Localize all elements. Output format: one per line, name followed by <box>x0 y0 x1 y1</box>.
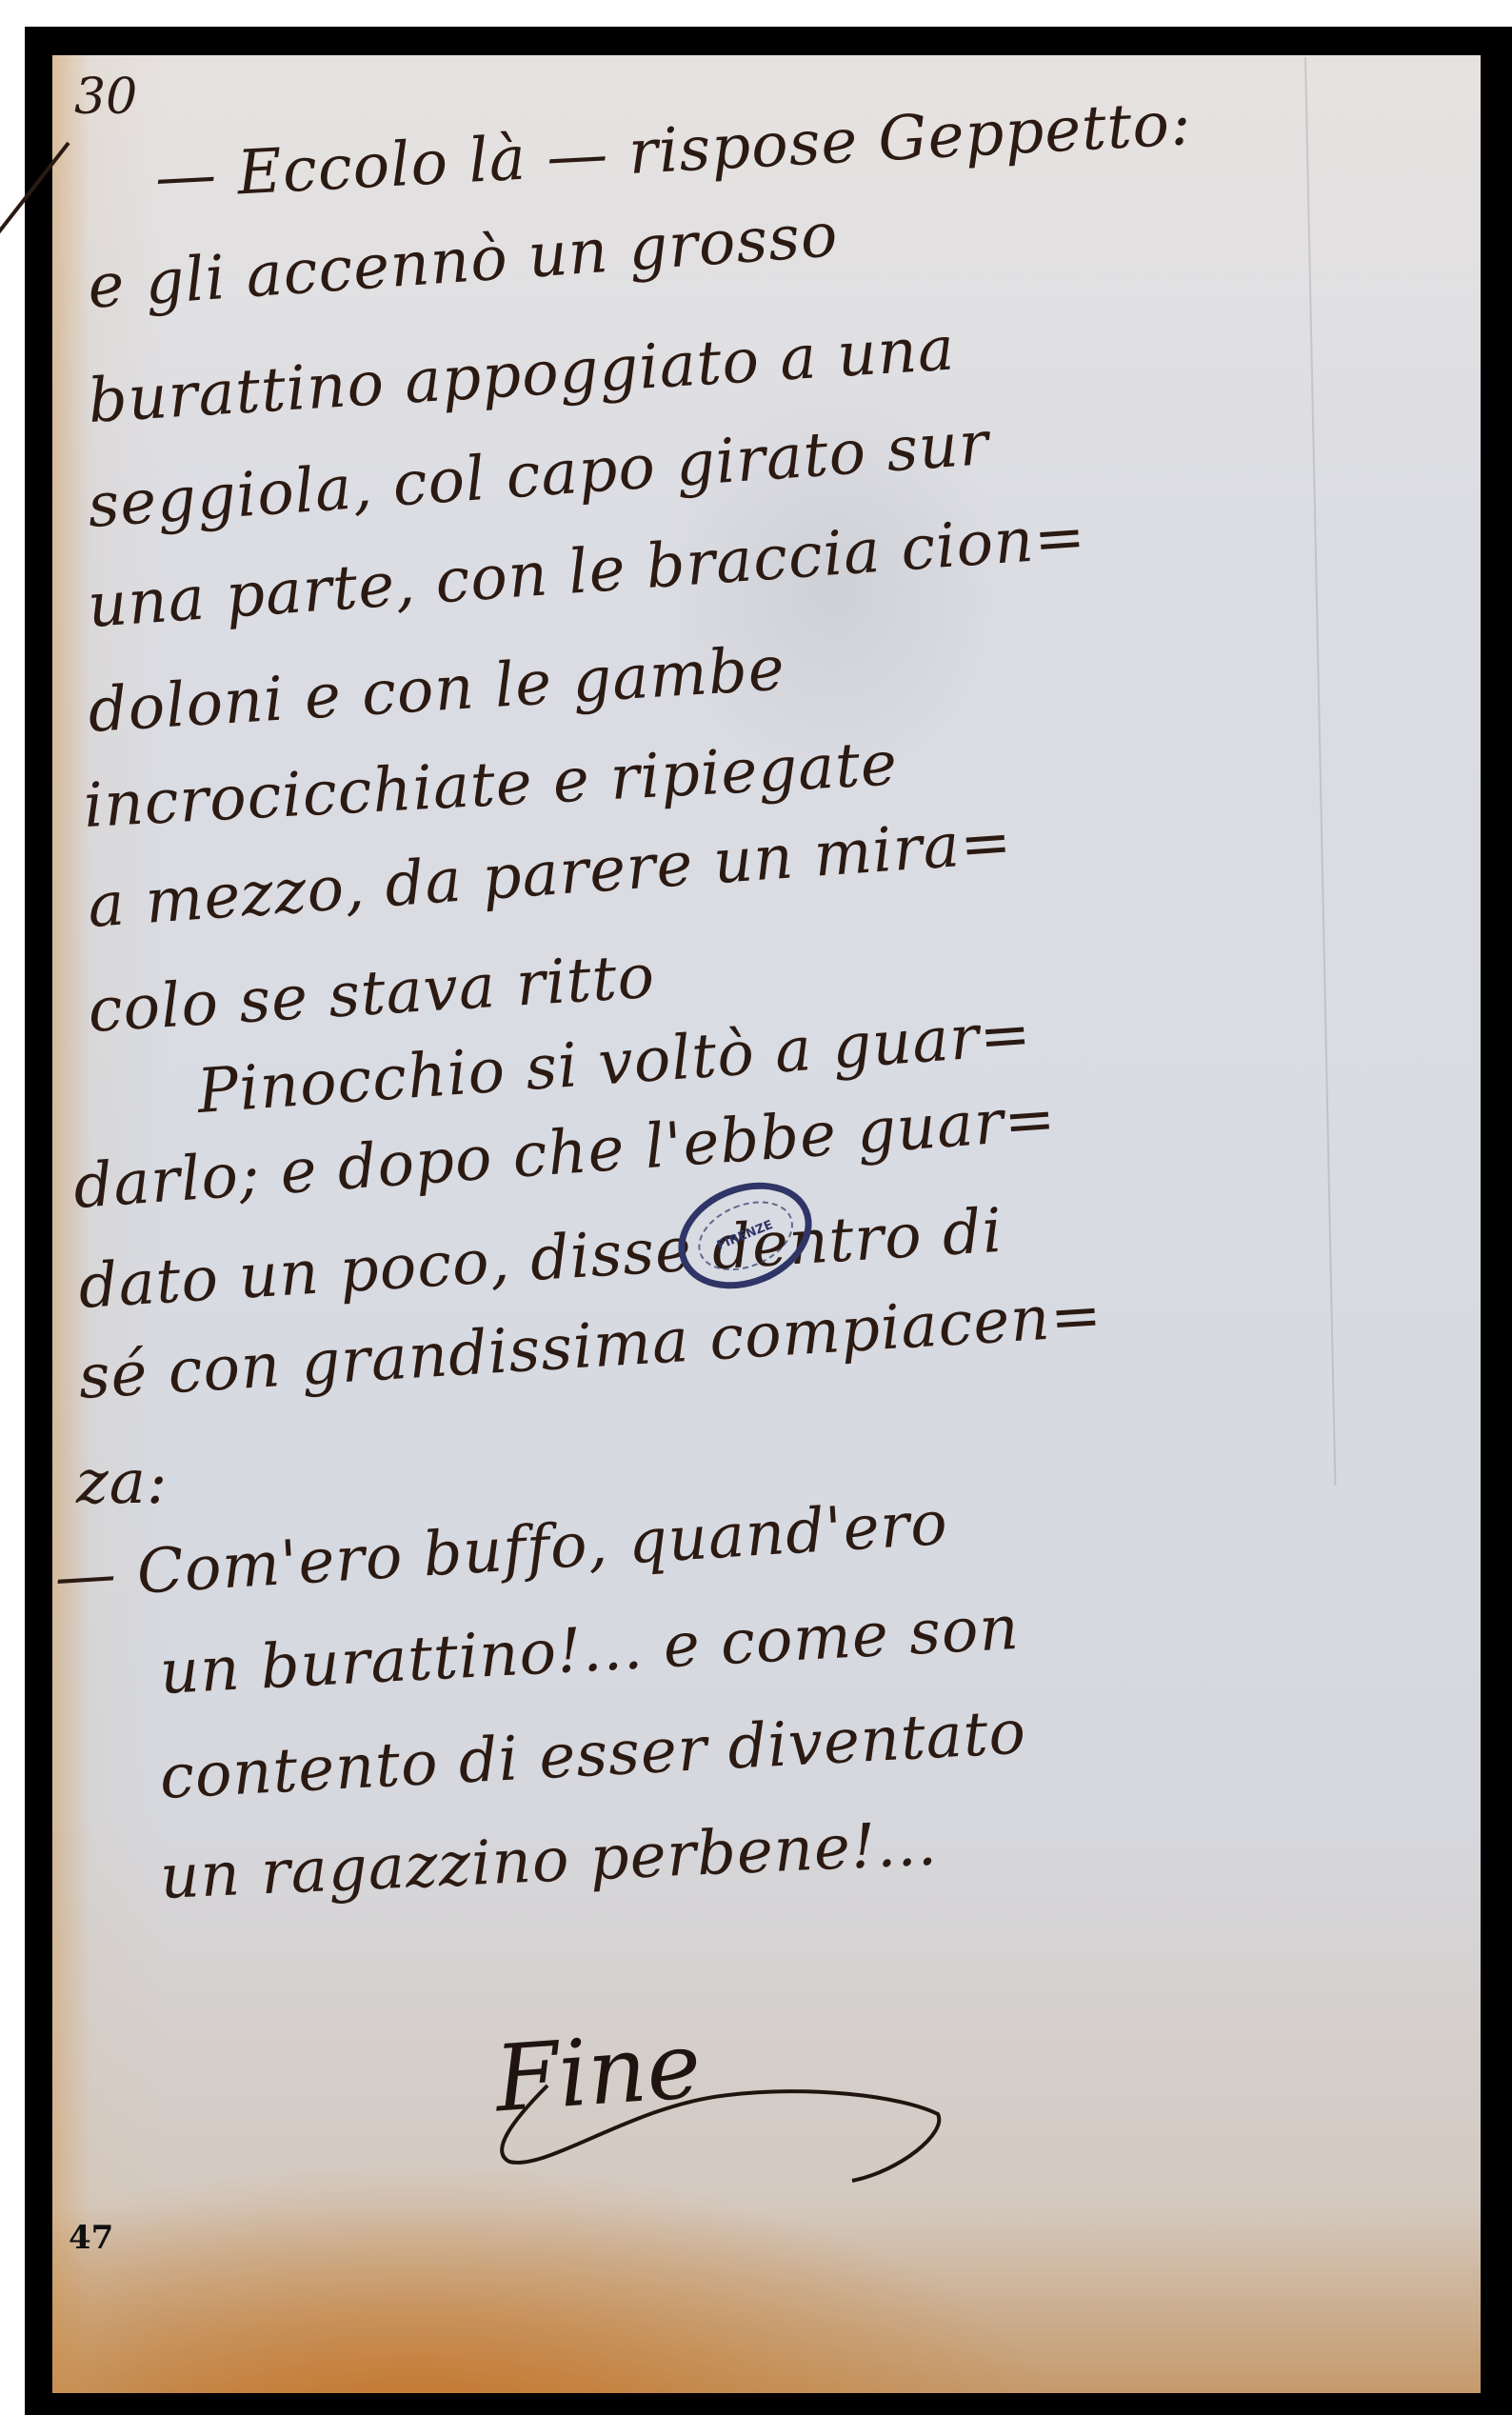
folio-number: 30 <box>74 69 137 126</box>
signature-flourish-icon <box>490 2047 947 2190</box>
stamp-text: FIRENZE <box>687 1188 803 1283</box>
manuscript-line: za: <box>76 1447 168 1518</box>
page-number: 47 <box>69 2219 113 2257</box>
